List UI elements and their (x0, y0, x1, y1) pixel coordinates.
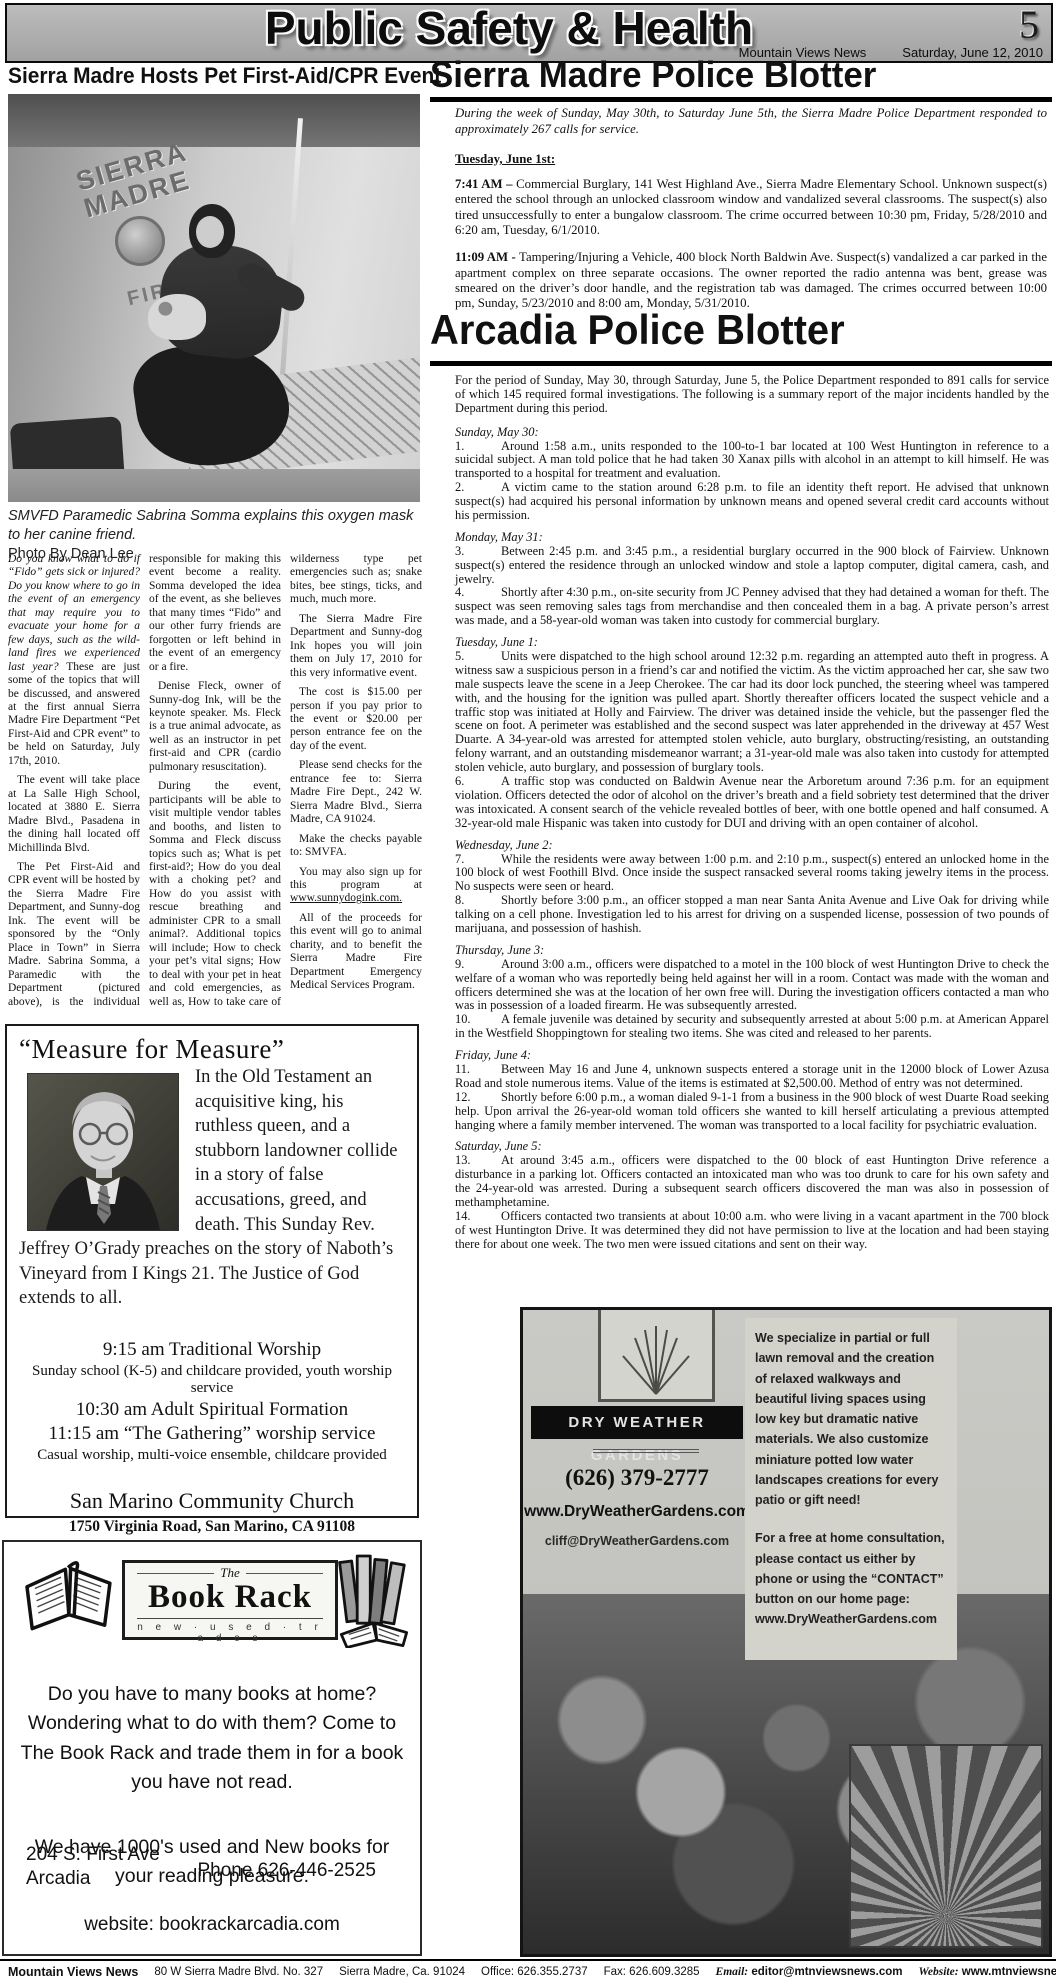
footer-website-label: Website: (919, 1966, 959, 1978)
item-number: 6. (455, 775, 501, 789)
schedule-line: 10:30 am Adult Spiritual Formation (19, 1399, 405, 1421)
item-number: 8. (455, 894, 501, 908)
church-ad-body: In the Old Testament an acquisitive king… (19, 1065, 405, 1311)
church-address: 1750 Virginia Road, San Marino, CA 91108 (19, 1517, 405, 1538)
pet-article-headline: Sierra Madre Hosts Pet First-Aid/CPR Eve… (8, 63, 403, 89)
article-paragraph: Make the checks payable to: SMVFA. (290, 833, 422, 860)
worship-schedule: 9:15 am Traditional WorshipSunday school… (19, 1339, 405, 1464)
footer-office-phone: Office: 626.355.2737 (481, 1966, 588, 1978)
photo-ground (8, 469, 420, 502)
gardens-text-panel: We specialize in partial or full lawn re… (745, 1318, 957, 1660)
schedule-line: Sunday school (K-5) and childcare provid… (19, 1363, 405, 1397)
item-number: 14. (455, 1210, 501, 1224)
footer-email-value: editor@mtnviewsnews.com (751, 1966, 902, 1978)
article-paragraph: The cost is $15.00 per person if you pay… (290, 686, 422, 753)
arcadia-blotter-title: Arcadia Police Blotter (430, 306, 845, 354)
blotter-item: 14.Officers contacted two transients at … (455, 1210, 1049, 1252)
pet-article-body: Do you know what to do if “Fido” gets si… (8, 553, 422, 1017)
gardens-consultation-note: For a free at home consultation, please … (755, 1528, 947, 1609)
entry-time: 11:09 AM - (455, 250, 519, 264)
blotter-entry: 11:09 AM - Tampering/Injuring a Vehicle,… (455, 250, 1047, 311)
blotter-item: 10.A female juvenile was detained by sec… (455, 1013, 1049, 1041)
sierra-blotter-intro: During the week of Sunday, May 30th, to … (455, 106, 1047, 138)
sierra-blotter-entries: 7:41 AM – Commercial Burglary, 141 West … (455, 177, 1047, 324)
gardens-banner: DRY WEATHER GARDENS (531, 1406, 743, 1439)
article-paragraph: Denise Fleck, owner of Sunny-dog Ink, wi… (149, 680, 281, 774)
blotter-day-heading: Tuesday, June 1: (455, 636, 1049, 650)
photo-fire-crest (115, 216, 165, 266)
photo-caption-text: SMVFD Paramedic Sabrina Somma explains t… (8, 508, 413, 543)
gardens-website: www.DryWeatherGardens.com (523, 1503, 751, 1521)
footer-fax: Fax: 626.609.3285 (604, 1966, 700, 1978)
arcadia-blotter-rule (430, 361, 1052, 366)
blotter-item: 3.Between 2:45 p.m. and 3:45 p.m., a res… (455, 545, 1049, 587)
item-number: 12. (455, 1091, 501, 1105)
item-number: 11. (455, 1063, 501, 1077)
blotter-day-heading: Wednesday, June 2: (455, 839, 1049, 853)
arcadia-blotter-intro: For the period of Sunday, May 30, throug… (455, 374, 1049, 416)
pastor-portrait (27, 1073, 179, 1231)
church-name: San Marino Community Church (19, 1488, 405, 1514)
item-number: 1. (455, 440, 501, 454)
blotter-item: 7.While the residents were away between … (455, 853, 1049, 895)
article-paragraph: All of the proceeds for this event will … (290, 912, 422, 993)
article-paragraph: Do you know what to do if “Fido” gets si… (8, 553, 140, 768)
sierra-blotter-rule (430, 97, 1052, 102)
blotter-day-heading: Friday, June 4: (455, 1049, 1049, 1063)
item-number: 10. (455, 1013, 501, 1027)
schedule-line: 11:15 am “The Gathering” worship service (19, 1423, 405, 1445)
item-number: 9. (455, 958, 501, 972)
bookrack-phone: Phone 626-446-2525 (197, 1860, 376, 1882)
schedule-line: Casual worship, multi-voice ensemble, ch… (19, 1447, 405, 1464)
paragraph-lead: Do you know what to do if “Fido” gets si… (8, 553, 140, 673)
bookrack-logo-box: The Book Rack n e w · u s e d · t r a d … (122, 1560, 338, 1640)
item-number: 3. (455, 545, 501, 559)
blotter-item: 12.Shortly before 6:00 p.m., a woman dia… (455, 1091, 1049, 1133)
footer-address: 80 W Sierra Madre Blvd. No. 327 (154, 1966, 323, 1978)
arcadia-blotter-body: For the period of Sunday, May 30, throug… (455, 374, 1049, 1252)
pet-article-photo: SIERRA MADRE FIRE (8, 94, 420, 502)
blotter-day-heading: Thursday, June 3: (455, 944, 1049, 958)
schedule-line: 9:15 am Traditional Worship (19, 1339, 405, 1361)
bookrack-logo-row: The Book Rack n e w · u s e d · t r a d … (4, 1542, 420, 1654)
blotter-item: 4.Shortly after 4:30 p.m., on-site secur… (455, 586, 1049, 628)
page-footer: Mountain Views News 80 W Sierra Madre Bl… (0, 1959, 1056, 1983)
footer-website: Website: www.mtnviewsnews.com (919, 1966, 1056, 1978)
photo-dog (148, 294, 206, 340)
item-number: 5. (455, 650, 501, 664)
bookrack-address: 204 S. First Ave Arcadia (26, 1843, 160, 1892)
footer-email: Email: editor@mtnviewsnews.com (716, 1966, 903, 1978)
newspaper-page: { "page": { "section_title": "Public Saf… (0, 0, 1056, 1983)
bookrack-logo-tagline: n e w · u s e d · t r a d e s (137, 1618, 323, 1644)
gardens-banner-rule (593, 1449, 699, 1453)
blotter-day-heading: Sunday, May 30: (455, 426, 1049, 440)
open-book-clipart (20, 1556, 116, 1642)
bookrack-website: website: bookrackarcadia.com (4, 1914, 420, 1936)
gardens-email: cliff@DryWeatherGardens.com (523, 1534, 751, 1548)
blotter-item: 6.A traffic stop was conducted on Baldwi… (455, 775, 1049, 831)
item-number: 7. (455, 853, 501, 867)
issue-date: Saturday, June 12, 2010 (902, 45, 1043, 60)
arcadia-blotter-sections: Sunday, May 30:1.Around 1:58 a.m., units… (455, 426, 1049, 1252)
footer-masthead: Mountain Views News (8, 1965, 138, 1979)
footer-website-value: www.mtnviewsnews.com (962, 1966, 1056, 1978)
item-number: 2. (455, 481, 501, 495)
blotter-day-heading: Saturday, June 5: (455, 1140, 1049, 1154)
gardens-homepage-url: www.DryWeatherGardens.com (755, 1609, 947, 1629)
photo-person-face (196, 216, 224, 248)
gardens-phone: (626) 379-2777 (523, 1465, 751, 1491)
gardens-ad: DRY WEATHER GARDENS (626) 379-2777 www.D… (520, 1307, 1052, 1957)
blotter-item: 2.A victim came to the station around 6:… (455, 481, 1049, 523)
item-number: 4. (455, 586, 501, 600)
bookrack-ad: The Book Rack n e w · u s e d · t r a d … (2, 1540, 422, 1956)
blotter-item: 5.Units were dispatched to the high scho… (455, 650, 1049, 775)
book-stack-clipart (332, 1548, 416, 1648)
page-number: 5 (1019, 1, 1039, 48)
inline-link-text: www.sunnydogink.com. (290, 892, 402, 904)
blotter-item: 8.Shortly before 3:00 p.m., an officer s… (455, 894, 1049, 936)
blotter-item: 11.Between May 16 and June 4, unknown su… (455, 1063, 1049, 1091)
article-paragraph: Please send checks for the entrance fee … (290, 759, 422, 826)
item-number: 13. (455, 1154, 501, 1168)
article-paragraph: The Sierra Madre Fire Department and Sun… (290, 613, 422, 680)
gardens-agave-photo (849, 1744, 1043, 1948)
photo-door-trim (278, 119, 303, 404)
blotter-item: 13.At around 3:45 a.m., officers were di… (455, 1154, 1049, 1210)
blotter-item: 1.Around 1:58 a.m., units responded to t… (455, 440, 1049, 482)
blotter-item: 9.Around 3:00 a.m., officers were dispat… (455, 958, 1049, 1014)
bookrack-pitch: Do you have to many books at home? Wonde… (4, 1680, 420, 1797)
blotter-entry: 7:41 AM – Commercial Burglary, 141 West … (455, 177, 1047, 238)
gardens-plant-photo (598, 1310, 715, 1402)
sierra-blotter-title: Sierra Madre Police Blotter (430, 54, 876, 96)
church-ad-title: “Measure for Measure” (19, 1034, 405, 1065)
gardens-pitch: We specialize in partial or full lawn re… (755, 1328, 947, 1510)
bookrack-street: 204 S. First Ave (26, 1843, 160, 1868)
plant-sprig (601, 1310, 712, 1396)
article-paragraph: You may also sign up for this program at… (290, 866, 422, 906)
sierra-blotter-day-heading: Tuesday, June 1st: (455, 152, 555, 167)
blotter-day-heading: Monday, May 31: (455, 531, 1049, 545)
entry-time: 7:41 AM – (455, 177, 516, 191)
footer-email-label: Email: (716, 1966, 749, 1978)
article-paragraph: The event will take place at La Salle Hi… (8, 774, 140, 855)
bookrack-city: Arcadia (26, 1867, 160, 1892)
footer-city: Sierra Madre, Ca. 91024 (339, 1966, 465, 1978)
bookrack-logo-name: Book Rack (125, 1581, 335, 1614)
church-ad: “Measure for Measure” In the Old Testame… (5, 1024, 419, 1518)
